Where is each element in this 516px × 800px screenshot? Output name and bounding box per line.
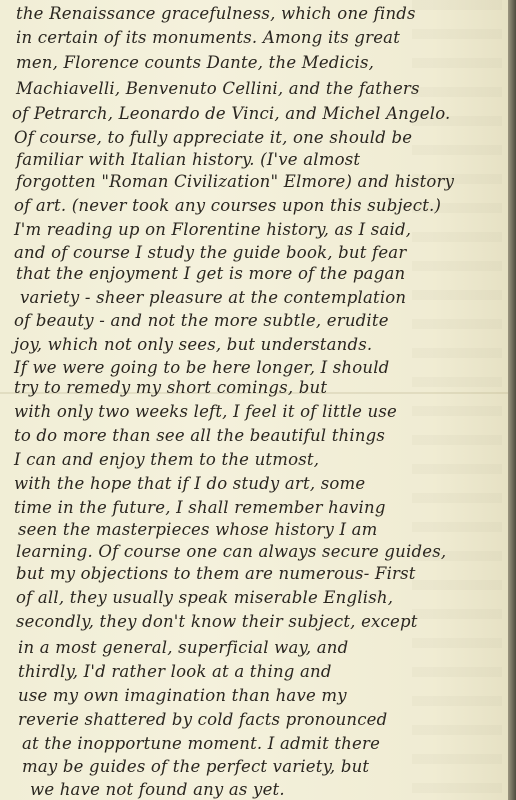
handwritten-line: may be guides of the perfect variety, bu… [22,757,369,776]
handwritten-line: with the hope that if I do study art, so… [14,474,365,493]
handwritten-line: and of course I study the guide book, bu… [14,243,406,262]
handwritten-line: to do more than see all the beautiful th… [14,426,385,445]
handwritten-line: I'm reading up on Florentine history, as… [14,220,411,239]
handwritten-line: thirdly, I'd rather look at a thing and [18,662,332,681]
handwritten-line: but my objections to them are numerous- … [16,564,416,583]
handwritten-line: seen the masterpieces whose history I am [18,520,378,539]
handwritten-line: learning. Of course one can always secur… [16,542,446,561]
handwritten-line: in a most general, superficial way, and [18,638,348,657]
handwritten-line: If we were going to be here longer, I sh… [14,358,389,377]
handwritten-line: with only two weeks left, I feel it of l… [14,402,397,421]
handwritten-line: forgotten "Roman Civilization" Elmore) a… [16,172,454,191]
handwritten-line: familiar with Italian history. (I've alm… [16,150,360,169]
handwritten-line: reverie shattered by cold facts pronounc… [18,710,387,729]
handwritten-line: time in the future, I shall remember hav… [14,498,386,517]
letter-page: the Renaissance gracefulness, which one … [0,0,508,800]
handwritten-line: Of course, to fully appreciate it, one s… [14,128,412,147]
handwritten-line: try to remedy my short comings, but [14,378,327,397]
handwritten-line: variety - sheer pleasure at the contempl… [20,288,406,307]
handwritten-line: that the enjoyment I get is more of the … [16,264,405,283]
handwritten-line: I can and enjoy them to the utmost, [14,450,319,469]
handwritten-line: of all, they usually speak miserable Eng… [16,588,393,607]
handwritten-line: men, Florence counts Dante, the Medicis, [16,53,374,72]
handwritten-line: secondly, they don't know their subject,… [16,612,418,631]
handwritten-line: we have not found any as yet. [30,780,285,799]
handwritten-line: of Petrarch, Leonardo de Vinci, and Mich… [12,104,451,123]
page-edge-shadow [508,0,516,800]
handwritten-line: in certain of its monuments. Among its g… [16,28,400,47]
handwritten-line: of beauty - and not the more subtle, eru… [14,311,389,330]
handwritten-line: the Renaissance gracefulness, which one … [16,4,416,23]
handwritten-line: of art. (never took any courses upon thi… [14,196,441,215]
handwritten-line: use my own imagination than have my [18,686,347,705]
handwritten-line: Machiavelli, Benvenuto Cellini, and the … [16,79,420,98]
handwritten-line: at the inopportune moment. I admit there [22,734,380,753]
handwritten-line: joy, which not only sees, but understand… [14,335,372,354]
